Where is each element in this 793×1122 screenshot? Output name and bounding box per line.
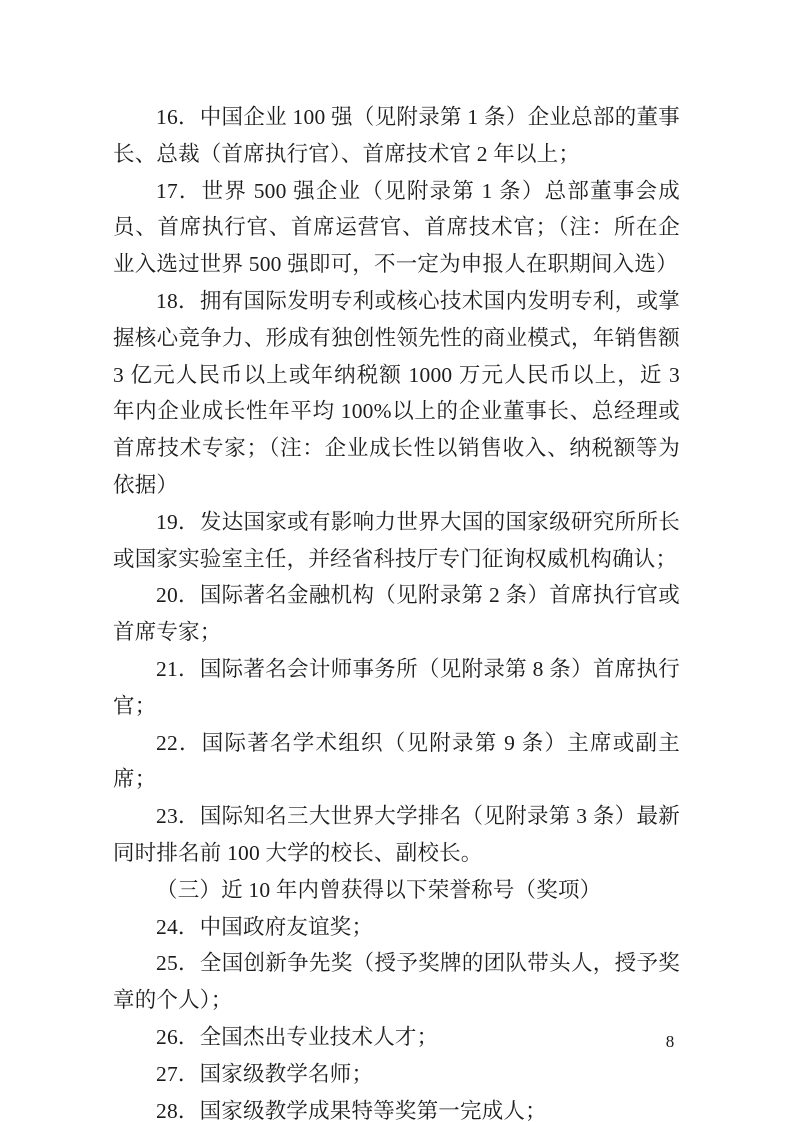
list-item-16: 16．中国企业 100 强（见附录第 1 条）企业总部的董事长、总裁（首席执行官… <box>113 99 680 173</box>
list-item-26: 26．全国杰出专业技术人才； <box>113 1019 680 1056</box>
list-item-20: 20．国际著名金融机构（见附录第 2 条）首席执行官或首席专家； <box>113 577 680 651</box>
document-page: 16．中国企业 100 强（见附录第 1 条）企业总部的董事长、总裁（首席执行官… <box>0 0 793 1122</box>
list-item-23: 23．国际知名三大世界大学排名（见附录第 3 条）最新同时排名前 100 大学的… <box>113 798 680 872</box>
list-item-24: 24．中国政府友谊奖； <box>113 909 680 946</box>
list-item-21: 21．国际著名会计师事务所（见附录第 8 条）首席执行官； <box>113 651 680 725</box>
list-item-18: 18．拥有国际发明专利或核心技术国内发明专利，或掌握核心竞争力、形成有独创性领先… <box>113 283 680 504</box>
page-number: 8 <box>660 1032 680 1052</box>
section-heading: （三）近 10 年内曾获得以下荣誉称号（奖项） <box>113 872 680 909</box>
list-item-28: 28．国家级教学成果特等奖第一完成人； <box>113 1093 680 1122</box>
document-body: 16．中国企业 100 强（见附录第 1 条）企业总部的董事长、总裁（首席执行官… <box>113 99 680 1122</box>
list-item-27: 27．国家级教学名师； <box>113 1056 680 1093</box>
list-item-19: 19．发达国家或有影响力世界大国的国家级研究所所长或国家实验室主任，并经省科技厅… <box>113 504 680 578</box>
list-item-25: 25．全国创新争先奖（授予奖牌的团队带头人，授予奖章的个人）； <box>113 945 680 1019</box>
list-item-22: 22．国际著名学术组织（见附录第 9 条）主席或副主席； <box>113 725 680 799</box>
list-item-17: 17．世界 500 强企业（见附录第 1 条）总部董事会成员、首席执行官、首席运… <box>113 173 680 283</box>
